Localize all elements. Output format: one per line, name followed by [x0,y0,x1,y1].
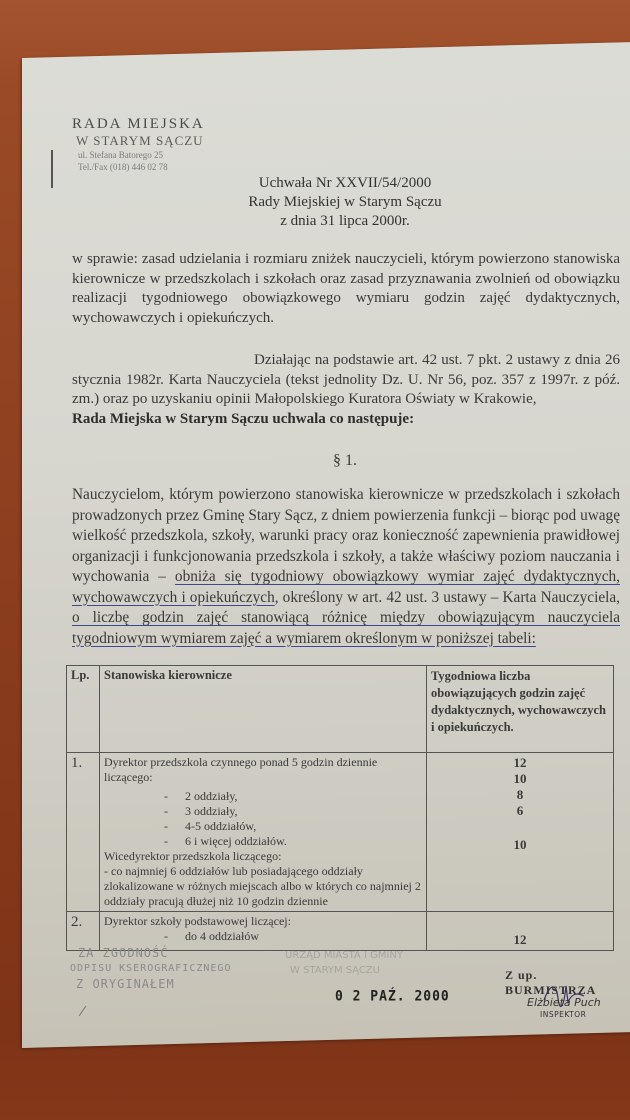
certification-stamp-line3: Z ORYGINAŁEM [76,977,175,991]
option-item: do 4 oddziałów [104,929,422,944]
letterhead-town: W STARYM SĄCZU [76,133,204,149]
header-hours: Tygodniowa liczba obowiązujących godzin … [427,666,614,753]
positions-table: Lp. Stanowiska kierownicze Tygodniowa li… [66,665,614,951]
hours-value: 8 [431,787,609,803]
letterhead-phone: Tel./Fax (018) 446 02 78 [78,162,168,172]
letterhead-address: ul. Stefana Batorego 25 [78,150,163,160]
option-item: 3 oddziały, [104,804,422,819]
underlined-text-2: o liczbę godzin zajęć stanowiącą różnicę… [72,609,620,647]
table-row: 2. Dyrektor szkoły podstawowej liczącej:… [67,912,614,951]
resolution-date: z dnia 31 lipca 2000r. [0,213,630,230]
legal-basis-paragraph: Działając na podstawie art. 42 ust. 7 pk… [72,351,620,410]
row-intro: Dyrektor szkoły podstawowej liczącej: [104,914,422,929]
header-position: Stanowiska kierownicze [100,666,427,753]
table-row: 1. Dyrektor przedszkola czynnego ponad 5… [67,753,614,912]
deputy-hours-value: 10 [431,837,609,853]
hours-value: 12 [431,755,609,771]
letterhead-council-name: RADA MIEJSKA [72,116,205,133]
subject-paragraph: w sprawie: zasad udzielania i rozmiaru z… [72,250,620,328]
hours-value: 6 [431,803,609,819]
document-page: RADA MIEJSKA W STARYM SĄCZU ul. Stefana … [0,0,630,1120]
faded-stamp-line2: W STARYM SĄCZU [290,965,380,976]
pen-mark [79,1006,87,1016]
resolution-body: Rady Miejskiej w Starym Sączu [0,194,630,211]
table-header-row: Lp. Stanowiska kierownicze Tygodniowa li… [67,666,614,753]
date-stamp: 0 2 PAŹ. 2000 [335,988,450,1005]
row-position: Dyrektor szkoły podstawowej liczącej: do… [100,912,427,951]
option-item: 6 i więcej oddziałów. [104,834,422,849]
hours-value: 10 [431,771,609,787]
row-hours: 12 [427,912,614,951]
signer-role: INSPEKTOR [540,1010,586,1019]
faded-stamp-line1: URZĄD MIASTA I GMINY [285,950,403,961]
row-lp: 2. [67,912,100,951]
certification-stamp-line2: ODPISU KSEROGRAFICZNEGO [70,963,231,974]
certification-stamp-line1: ZA ZGODNOŚĆ [78,946,168,960]
option-item: 2 oddziały, [104,789,422,804]
option-item: 4-5 oddziałów, [104,819,422,834]
signer-name: Elżbieta Puch [527,996,601,1009]
header-lp: Lp. [67,666,100,753]
resolution-number: Uchwała Nr XXVII/54/2000 [0,175,630,192]
section-heading: § 1. [0,452,630,470]
row-hours: 12 10 8 6 10 [427,753,614,912]
row-intro: Dyrektor przedszkola czynnego ponad 5 go… [104,755,422,785]
deputy-title: Wicedyrektor przedszkola liczącego: [104,849,422,864]
row-position: Dyrektor przedszkola czynnego ponad 5 go… [100,753,427,912]
main-text-part2: , określony w art. 42 ust. 3 ustawy – Ka… [275,589,620,606]
row-lp: 1. [67,753,100,912]
resolution-statement: Rada Miejska w Starym Sączu uchwala co n… [72,411,414,428]
hours-value: 12 [431,932,609,948]
main-paragraph: Nauczycielom, którym powierzono stanowis… [72,485,620,649]
deputy-text: - co najmniej 6 oddziałów lub posiadając… [104,864,422,909]
